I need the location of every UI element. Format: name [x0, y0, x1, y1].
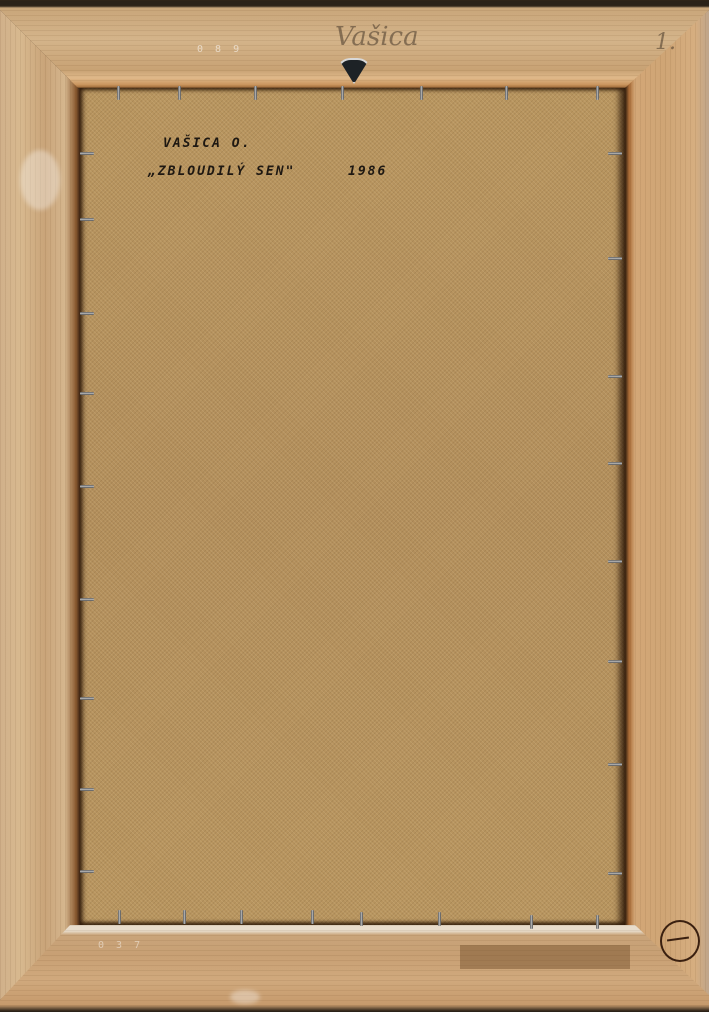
- stamped-number-top: 0 8 9: [197, 44, 242, 55]
- nail: [80, 312, 94, 315]
- nail: [183, 910, 186, 924]
- nail: [80, 598, 94, 601]
- title-inscription: „ZBLOUDILÝ SEN": [148, 164, 295, 179]
- nail: [438, 912, 441, 926]
- nail: [360, 912, 363, 926]
- hardboard-backing: [80, 88, 625, 925]
- paint-scuff: [20, 150, 60, 210]
- nail: [530, 915, 533, 929]
- painting-back-photo: VAŠICA O. „ZBLOUDILÝ SEN" 1986 Vašica 1.…: [0, 0, 709, 1012]
- nail: [420, 86, 423, 100]
- nail: [80, 870, 94, 873]
- nail: [254, 86, 257, 100]
- nail: [596, 86, 599, 100]
- nail: [608, 763, 622, 766]
- nail: [608, 375, 622, 378]
- year-inscription: 1986: [348, 164, 387, 179]
- circled-mark: [660, 920, 700, 962]
- stamped-number-bottom: 0 3 7: [98, 940, 143, 951]
- nail: [608, 257, 622, 260]
- darker-wood-insert: [460, 945, 630, 969]
- nail: [178, 86, 181, 100]
- nail: [341, 86, 344, 100]
- nail: [240, 910, 243, 924]
- pencil-signature: Vašica: [335, 22, 419, 52]
- nail: [311, 910, 314, 924]
- nail: [80, 218, 94, 221]
- nail: [608, 462, 622, 465]
- nail: [505, 86, 508, 100]
- nail: [80, 392, 94, 395]
- nail: [80, 697, 94, 700]
- nail: [117, 86, 120, 100]
- nail: [596, 915, 599, 929]
- nail: [80, 485, 94, 488]
- frame-right-rail: [625, 0, 709, 1012]
- nail: [608, 872, 622, 875]
- nail: [608, 660, 622, 663]
- nail: [608, 560, 622, 563]
- pencil-corner-mark: 1.: [655, 30, 676, 55]
- nail: [80, 788, 94, 791]
- nail: [80, 152, 94, 155]
- nail: [608, 152, 622, 155]
- paint-scuff: [230, 990, 260, 1004]
- nail: [118, 910, 121, 924]
- artist-inscription: VAŠICA O.: [163, 136, 251, 151]
